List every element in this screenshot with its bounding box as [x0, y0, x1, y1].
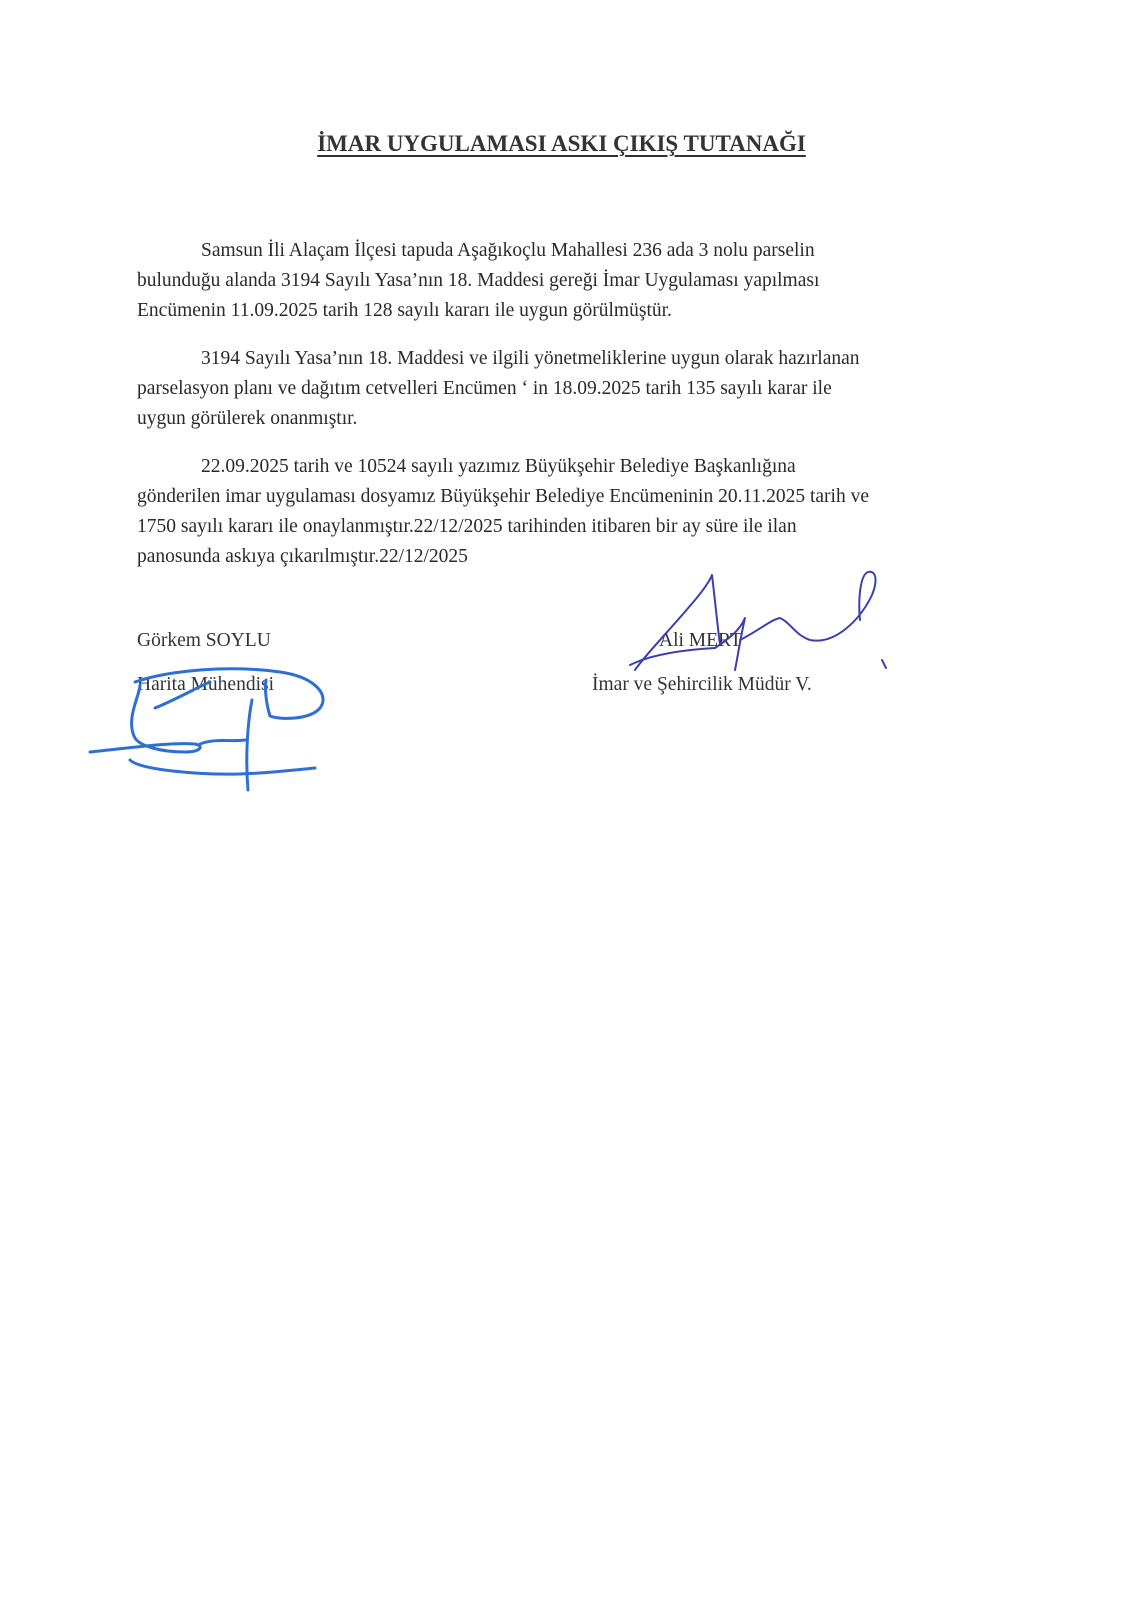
paragraph-line: 22.09.2025 tarih ve 10524 sayılı yazımız… — [137, 452, 1017, 482]
paragraph-2: 3194 Sayılı Yasa’nın 18. Maddesi ve ilgi… — [137, 344, 1017, 434]
paragraph-line: gönderilen imar uygulaması dosyamız Büyü… — [137, 482, 1017, 512]
paragraph-line: uygun görülerek onanmıştır. — [137, 404, 1017, 434]
paragraph-line: Encümenin 11.09.2025 tarih 128 sayılı ka… — [137, 296, 1017, 326]
document-title: İMAR UYGULAMASI ASKI ÇIKIŞ TUTANAĞI — [0, 131, 1123, 157]
right-signatory-title: İmar ve Şehircilik Müdür V. — [592, 674, 812, 696]
left-signatory-name: Görkem SOYLU — [137, 630, 271, 652]
paragraph-line: Samsun İli Alaçam İlçesi tapuda Aşağıkoç… — [137, 236, 1017, 266]
paragraph-line: bulunduğu alanda 3194 Sayılı Yasa’nın 18… — [137, 266, 1017, 296]
paragraph-line: panosunda askıya çıkarılmıştır.22/12/202… — [137, 542, 1017, 572]
paragraph-line: parselasyon planı ve dağıtım cetvelleri … — [137, 374, 1017, 404]
left-signatory-title: Harita Mühendisi — [137, 674, 274, 696]
paragraph-line: 3194 Sayılı Yasa’nın 18. Maddesi ve ilgi… — [137, 344, 1017, 374]
paragraph-1: Samsun İli Alaçam İlçesi tapuda Aşağıkoç… — [137, 236, 1017, 326]
document-title-text: İMAR UYGULAMASI ASKI ÇIKIŞ TUTANAĞI — [317, 131, 806, 156]
right-signature-icon — [620, 560, 900, 680]
paragraph-line: 1750 sayılı kararı ile onaylanmıştır.22/… — [137, 512, 1017, 542]
right-signatory-name: Ali MERT — [659, 630, 742, 652]
paragraph-3: 22.09.2025 tarih ve 10524 sayılı yazımız… — [137, 452, 1017, 572]
